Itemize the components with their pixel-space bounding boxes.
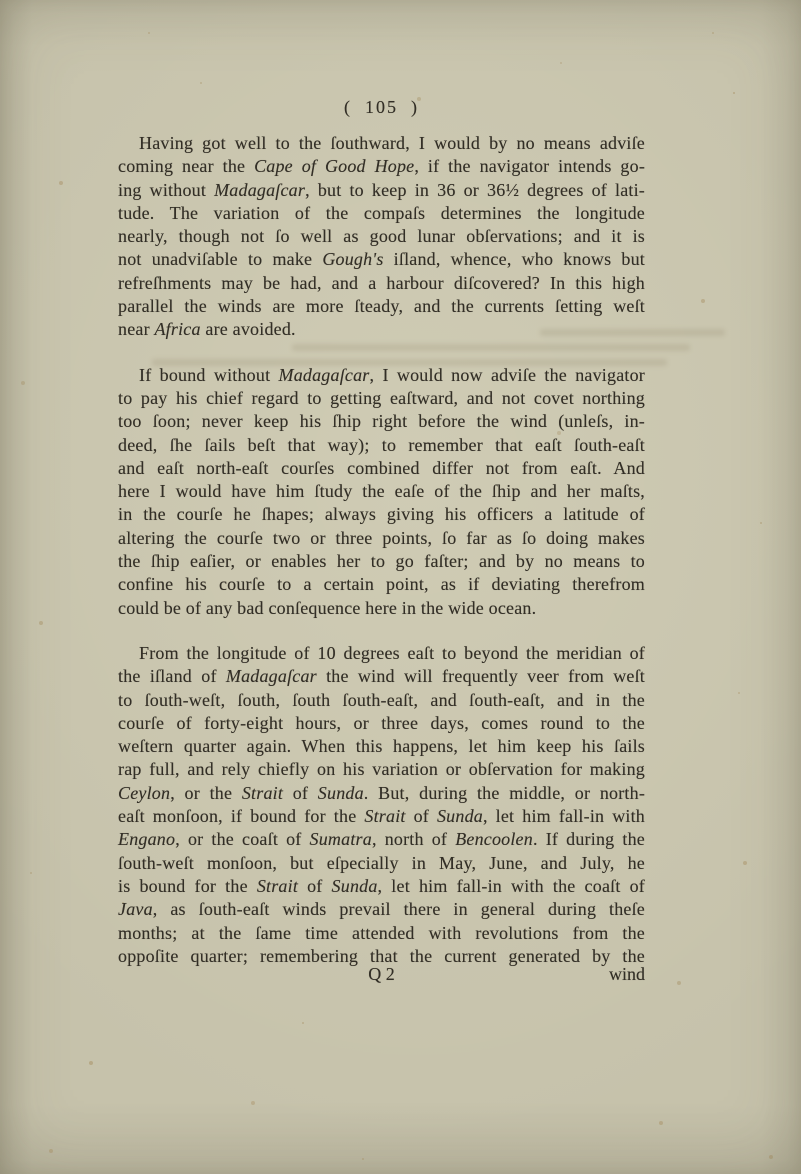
text-segment: the wind will frequently veer from weſt [317, 666, 645, 686]
text-line: Having got well to the ſouthward, I woul… [118, 132, 645, 155]
text-line: not unadviſable to make Gough's iſland, … [118, 248, 645, 271]
text-segment: weſtern quarter again. When this happens… [118, 736, 645, 756]
text-line: rap full, and rely chiefly on his variat… [118, 758, 645, 781]
text-segment: of [283, 783, 318, 803]
text-segment: courſe of forty-eight hours, or three da… [118, 713, 645, 733]
text-segment: months; at the ſame time attended with r… [118, 923, 645, 943]
text-line: Engano, or the coaſt of Sumatra, north o… [118, 828, 645, 851]
paper-speckles [0, 0, 2, 2]
page-number: ( 105 ) [118, 96, 645, 119]
text-segment: refreſhments may be had, and a harbour d… [118, 273, 645, 293]
text-segment: of [298, 876, 332, 896]
body-text: Having got well to the ſouthward, I woul… [118, 132, 645, 968]
text-line: months; at the ſame time attended with r… [118, 922, 645, 945]
text-segment: , north of [372, 829, 455, 849]
text-segment: altering the courſe two or three points,… [118, 528, 645, 548]
text-segment: , let him fall-in with the coaſt of [378, 876, 645, 896]
text-segment: rap full, and rely chiefly on his variat… [118, 759, 645, 779]
text-segment: , I would now adviſe the navigator [370, 365, 645, 385]
text-line: in the courſe he ſhapes; always giving h… [118, 503, 645, 526]
italic-place-name: Strait [257, 876, 298, 896]
text-segment: is bound for the [118, 876, 257, 896]
text-line: near Africa are avoided. [118, 318, 645, 341]
footer-line: Q 2 wind [118, 963, 645, 986]
signature-mark: Q 2 [118, 963, 645, 986]
text-line: and eaſt north-eaſt courſes combined dif… [118, 457, 645, 480]
italic-place-name: Sumatra [310, 829, 372, 849]
italic-place-name: Madagaſcar [214, 180, 305, 200]
italic-place-name: Gough's [322, 249, 383, 269]
italic-place-name: Sunda [332, 876, 378, 896]
text-segment: tude. The variation of the compaſs deter… [118, 203, 645, 223]
text-segment: here I would have him ſtudy the eaſe of … [118, 481, 645, 501]
text-line: altering the courſe two or three points,… [118, 527, 645, 550]
text-segment: to ſouth-weſt, ſouth, ſouth ſouth-eaſt, … [118, 690, 645, 710]
text-segment: nearly, though not ſo well as good lunar… [118, 226, 645, 246]
paragraph: From the longitude of 10 degrees eaſt to… [118, 642, 645, 968]
italic-place-name: Sunda [437, 806, 483, 826]
italic-place-name: Africa [154, 319, 200, 339]
text-line: weſtern quarter again. When this happens… [118, 735, 645, 758]
text-segment: , but to keep in 36 or 36½ degrees of la… [305, 180, 645, 200]
text-segment: ſouth-weſt monſoon, but eſpecially in Ma… [118, 853, 645, 873]
text-segment: iſland, whence, who knows but [384, 249, 645, 269]
text-segment: , or the [170, 783, 242, 803]
italic-place-name: Strait [242, 783, 283, 803]
catchword: wind [609, 963, 645, 986]
text-segment: to pay his chief regard to getting eaſtw… [118, 388, 645, 408]
text-segment: not unadviſable to make [118, 249, 322, 269]
text-segment: , or the coaſt of [175, 829, 309, 849]
text-segment: . If during the [533, 829, 645, 849]
text-line: to pay his chief regard to getting eaſtw… [118, 387, 645, 410]
text-segment: ing without [118, 180, 214, 200]
text-segment: are avoided. [201, 319, 296, 339]
text-segment: near [118, 319, 154, 339]
text-segment: in the courſe he ſhapes; always giving h… [118, 504, 645, 524]
italic-place-name: Strait [364, 806, 405, 826]
text-segment: , let him fall-in with [483, 806, 645, 826]
text-segment: Having got well to the ſouthward, I woul… [139, 133, 645, 153]
text-line: here I would have him ſtudy the eaſe of … [118, 480, 645, 503]
text-segment: From the longitude of 10 degrees eaſt to… [139, 643, 645, 663]
book-page-scan: ( 105 ) Having got well to the ſouthward… [0, 0, 801, 1174]
text-segment: the ſhip eaſier, or enables her to go fa… [118, 551, 645, 571]
text-segment: of [406, 806, 437, 826]
text-segment: deed, ſhe ſails beſt that way); to remem… [118, 435, 645, 455]
text-segment: the iſland of [118, 666, 226, 686]
text-line: deed, ſhe ſails beſt that way); to remem… [118, 434, 645, 457]
text-line: Ceylon, or the Strait of Sunda. But, dur… [118, 782, 645, 805]
text-line: From the longitude of 10 degrees eaſt to… [118, 642, 645, 665]
italic-place-name: Engano [118, 829, 175, 849]
paragraph: Having got well to the ſouthward, I woul… [118, 132, 645, 342]
text-line: too ſoon; never keep his ſhip right befo… [118, 410, 645, 433]
text-line: ſouth-weſt monſoon, but eſpecially in Ma… [118, 852, 645, 875]
text-segment: coming near the [118, 156, 254, 176]
text-line: ing without Madagaſcar, but to keep in 3… [118, 179, 645, 202]
text-segment: , as ſouth-eaſt winds prevail there in g… [153, 899, 645, 919]
text-line: parallel the winds are more ſteady, and … [118, 295, 645, 318]
text-line: confine his courſe to a certain point, a… [118, 573, 645, 596]
text-line: tude. The variation of the compaſs deter… [118, 202, 645, 225]
text-segment: could be of any bad conſequence here in … [118, 598, 536, 618]
paragraph: If bound without Madagaſcar, I would now… [118, 364, 645, 620]
text-line: courſe of forty-eight hours, or three da… [118, 712, 645, 735]
text-segment: too ſoon; never keep his ſhip right befo… [118, 411, 645, 431]
italic-place-name: Sunda [318, 783, 364, 803]
text-segment: If bound without [139, 365, 279, 385]
text-segment: , if the navigator intends go- [414, 156, 645, 176]
italic-place-name: Cape of Good Hope [254, 156, 414, 176]
italic-place-name: Madagaſcar [226, 666, 317, 686]
italic-place-name: Bencoolen [455, 829, 533, 849]
italic-place-name: Madagaſcar [279, 365, 370, 385]
text-segment: and eaſt north-eaſt courſes combined dif… [118, 458, 645, 478]
text-line: nearly, though not ſo well as good lunar… [118, 225, 645, 248]
text-segment: . But, during the middle, or north- [364, 783, 645, 803]
italic-place-name: Java [118, 899, 153, 919]
italic-place-name: Ceylon [118, 783, 170, 803]
text-line: eaſt monſoon, if bound for the Strait of… [118, 805, 645, 828]
text-line: the iſland of Madagaſcar the wind will f… [118, 665, 645, 688]
text-line: the ſhip eaſier, or enables her to go fa… [118, 550, 645, 573]
text-line: to ſouth-weſt, ſouth, ſouth ſouth-eaſt, … [118, 689, 645, 712]
text-line: Java, as ſouth-eaſt winds prevail there … [118, 898, 645, 921]
text-line: If bound without Madagaſcar, I would now… [118, 364, 645, 387]
text-line: is bound for the Strait of Sunda, let hi… [118, 875, 645, 898]
text-line: coming near the Cape of Good Hope, if th… [118, 155, 645, 178]
text-line: refreſhments may be had, and a harbour d… [118, 272, 645, 295]
text-segment: eaſt monſoon, if bound for the [118, 806, 364, 826]
text-segment: confine his courſe to a certain point, a… [118, 574, 645, 594]
text-line: could be of any bad conſequence here in … [118, 597, 645, 620]
text-segment: parallel the winds are more ſteady, and … [118, 296, 645, 316]
